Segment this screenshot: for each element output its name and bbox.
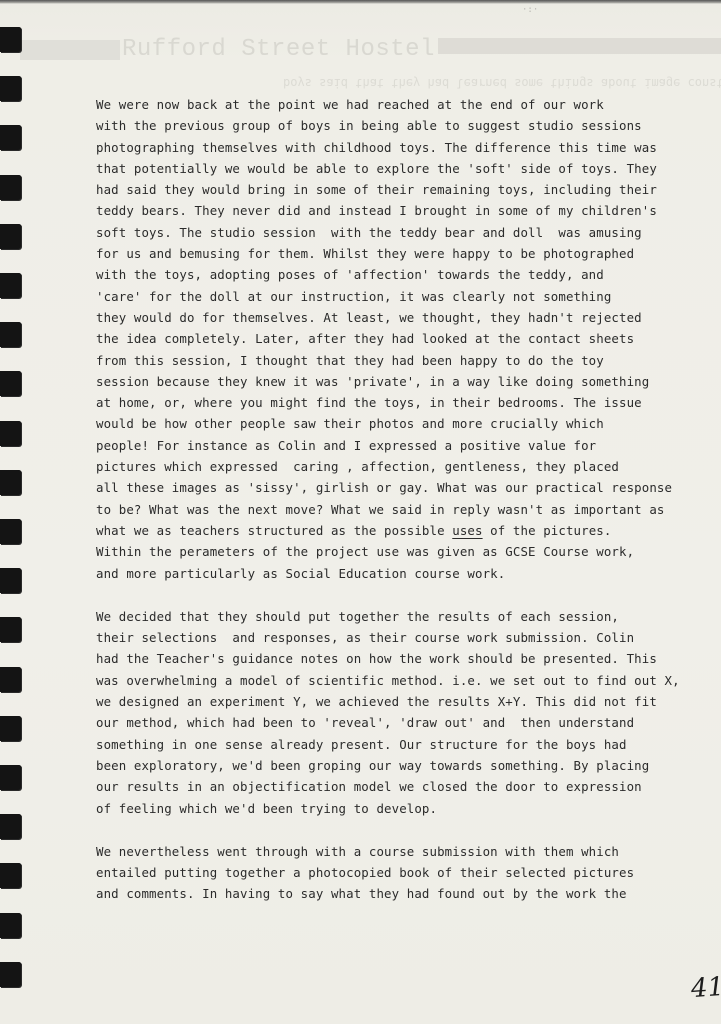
underlined-word: uses [452, 523, 482, 538]
text-line: We nevertheless went through with a cour… [96, 841, 676, 862]
text-line: they would do for themselves. At least, … [96, 307, 676, 328]
text-line: had said they would bring in some of the… [96, 179, 676, 200]
text-line: at home, or, where you might find the to… [96, 392, 676, 413]
text-line: we designed an experiment Y, we achieved… [96, 691, 676, 712]
binding-hole [0, 913, 21, 938]
text-line: and comments. In having to say what they… [96, 883, 676, 904]
text-line: pictures which expressed caring , affect… [96, 456, 676, 477]
binding-hole [0, 27, 21, 52]
text-line: with the toys, adopting poses of 'affect… [96, 264, 676, 285]
handwritten-page-number: 41 [690, 972, 721, 1004]
text-line: for us and bemusing for them. Whilst the… [96, 243, 676, 264]
typed-body-text: We were now back at the point we had rea… [96, 94, 676, 927]
document-page: ·:· Rufford Street Hostel boys said that… [0, 0, 721, 1024]
paper-speck: ·:· [522, 5, 538, 15]
bleed-through-title: Rufford Street Hostel [122, 36, 435, 63]
binding-hole [0, 371, 21, 396]
binding-hole [0, 470, 21, 495]
text-line: been exploratory, we'd been groping our … [96, 755, 676, 776]
text-line: had the Teacher's guidance notes on how … [96, 648, 676, 669]
binding-hole [0, 125, 21, 150]
binding-hole [0, 273, 21, 298]
text-line: teddy bears. They never did and instead … [96, 200, 676, 221]
binding-hole [0, 421, 21, 446]
paragraph-2: We decided that they should put together… [96, 606, 676, 819]
binding-hole [0, 568, 21, 593]
text-line: We were now back at the point we had rea… [96, 94, 676, 115]
text-line: to be? What was the next move? What we s… [96, 499, 676, 520]
text-line: our results in an objectification model … [96, 776, 676, 797]
binding-hole [0, 322, 21, 347]
text-line: what we as teachers structured as the po… [96, 520, 676, 541]
text-line: photographing themselves with childhood … [96, 137, 676, 158]
text-line: Within the perameters of the project use… [96, 541, 676, 562]
text-line: that potentially we would be able to exp… [96, 158, 676, 179]
text-line: soft toys. The studio session with the t… [96, 222, 676, 243]
paragraph-1: We were now back at the point we had rea… [96, 94, 676, 584]
text-line: session because they knew it was 'privat… [96, 371, 676, 392]
bleed-through-line: boys said that they had learned some thi… [283, 76, 721, 90]
text-line: something in one sense already present. … [96, 734, 676, 755]
page-top-edge-shadow [0, 0, 721, 4]
paragraph-3: We nevertheless went through with a cour… [96, 841, 676, 905]
bleed-through-band-left [20, 40, 120, 60]
bleed-through-band-right [438, 38, 721, 54]
binding-hole [0, 962, 21, 987]
spiral-binding-holes [0, 0, 30, 1024]
text-line: and more particularly as Social Educatio… [96, 563, 676, 584]
text-line: of feeling which we'd been trying to dev… [96, 798, 676, 819]
text-line: 'care' for the doll at our instruction, … [96, 286, 676, 307]
binding-hole [0, 667, 21, 692]
text-line: entailed putting together a photocopied … [96, 862, 676, 883]
text-line: all these images as 'sissy', girlish or … [96, 477, 676, 498]
text-line: from this session, I thought that they h… [96, 350, 676, 371]
binding-hole [0, 617, 21, 642]
binding-hole [0, 519, 21, 544]
text-line: We decided that they should put together… [96, 606, 676, 627]
text-line: was overwhelming a model of scientific m… [96, 670, 676, 691]
bleed-through-header: Rufford Street Hostel [0, 36, 721, 66]
binding-hole [0, 716, 21, 741]
binding-hole [0, 814, 21, 839]
text-line: the idea completely. Later, after they h… [96, 328, 676, 349]
text-line: with the previous group of boys in being… [96, 115, 676, 136]
text-line: their selections and responses, as their… [96, 627, 676, 648]
binding-hole [0, 224, 21, 249]
text-line: people! For instance as Colin and I expr… [96, 435, 676, 456]
binding-hole [0, 76, 21, 101]
binding-hole [0, 765, 21, 790]
text-line: would be how other people saw their phot… [96, 413, 676, 434]
text-line: our method, which had been to 'reveal', … [96, 712, 676, 733]
binding-hole [0, 863, 21, 888]
binding-hole [0, 175, 21, 200]
